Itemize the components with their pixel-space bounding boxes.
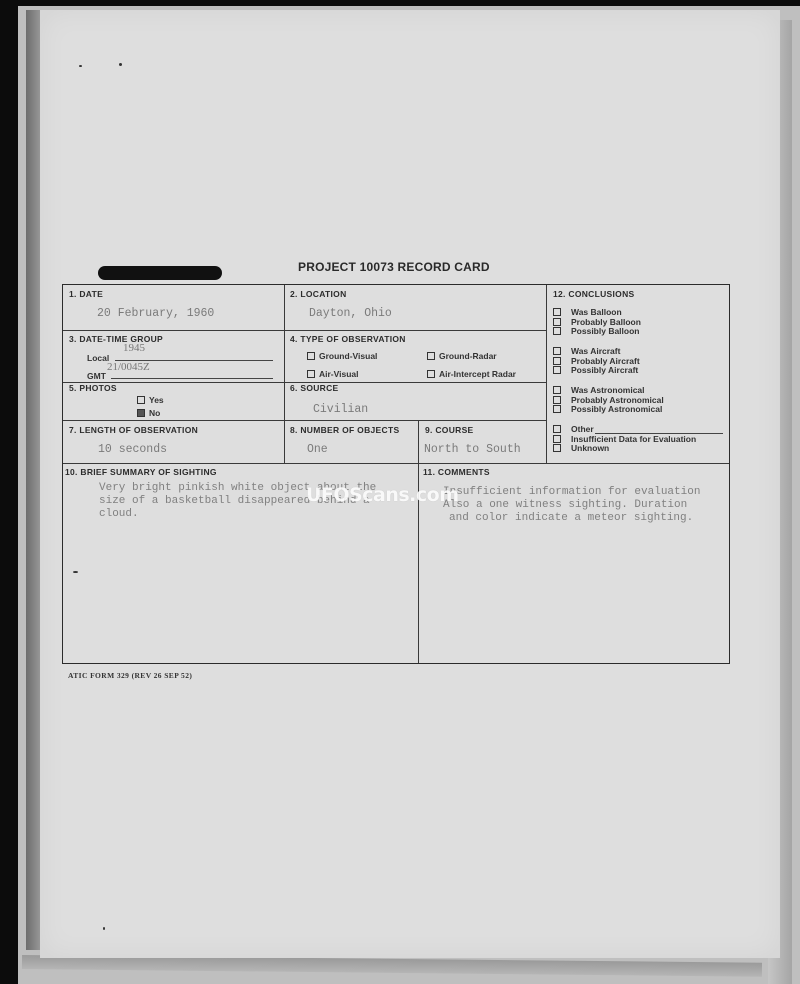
checkbox-icon	[553, 347, 561, 355]
conclusions-label: 12. CONCLUSIONS	[553, 289, 635, 299]
checkbox-checked-icon	[137, 409, 145, 417]
watermark: UFOScans.com	[306, 484, 459, 506]
type-of-observation-cell: 4. TYPE OF OBSERVATION Ground-Visual Gro…	[285, 331, 547, 383]
checkbox-icon	[553, 308, 561, 316]
checkbox-icon	[307, 370, 315, 378]
local-label: Local	[87, 353, 109, 363]
length-of-observation-cell: 7. LENGTH OF OBSERVATION 10 seconds	[63, 421, 285, 464]
photos-label: 5. PHOTOS	[69, 383, 117, 393]
date-value: 20 February, 1960	[97, 307, 214, 320]
checkbox-icon	[553, 396, 561, 404]
brief-summary-line: cloud.	[99, 508, 139, 521]
checkbox-icon	[137, 396, 145, 404]
option-ground-visual[interactable]: Ground-Visual	[307, 351, 377, 361]
number-of-objects-cell: 8. NUMBER OF OBJECTS One	[285, 421, 419, 464]
conclusion-possibly-astronomical[interactable]: Possibly Astronomical	[553, 404, 662, 414]
source-cell: 6. SOURCE Civilian	[285, 383, 547, 421]
checkbox-icon	[553, 444, 561, 452]
speck	[119, 63, 122, 66]
number-of-objects-label: 8. NUMBER OF OBJECTS	[290, 425, 399, 435]
option-ground-radar[interactable]: Ground-Radar	[427, 351, 497, 361]
local-value: 1945	[123, 342, 145, 354]
speck	[79, 65, 82, 67]
date-cell: 1. DATE 20 February, 1960	[63, 285, 285, 331]
course-value: North to South	[424, 443, 521, 456]
date-label: 1. DATE	[69, 289, 103, 299]
checkbox-icon	[553, 327, 561, 335]
comments-line: Insufficient information for evaluation	[443, 486, 700, 499]
gmt-underline	[111, 378, 273, 379]
conclusion-was-aircraft[interactable]: Was Aircraft	[553, 346, 620, 356]
record-card-form: 1. DATE 20 February, 1960 2. LOCATION Da…	[62, 284, 730, 664]
course-label: 9. COURSE	[425, 425, 474, 435]
checkbox-icon	[553, 318, 561, 326]
checkbox-checked-icon	[307, 352, 315, 360]
photos-cell: 5. PHOTOS Yes No	[63, 383, 285, 421]
length-of-observation-value: 10 seconds	[98, 443, 167, 456]
location-value: Dayton, Ohio	[309, 307, 392, 320]
checkbox-icon	[553, 405, 561, 413]
source-label: 6. SOURCE	[290, 383, 339, 393]
checkbox-icon	[553, 366, 561, 374]
type-of-observation-label: 4. TYPE OF OBSERVATION	[290, 334, 406, 344]
course-cell: 9. COURSE North to South	[419, 421, 547, 464]
comments-line: and color indicate a meteor sighting.	[449, 512, 693, 525]
comments-cell: 11. COMMENTS Insufficient information fo…	[419, 464, 729, 663]
conclusion-other[interactable]: Other	[553, 424, 594, 434]
conclusion-unknown[interactable]: Unknown	[553, 443, 609, 453]
conclusion-was-astronomical[interactable]: Was Astronomical	[553, 385, 645, 395]
location-label: 2. LOCATION	[290, 289, 347, 299]
redaction-mark	[98, 266, 222, 280]
speck	[103, 927, 105, 930]
conclusions-cell: 12. CONCLUSIONS Was Balloon Probably Bal…	[547, 285, 729, 464]
checkbox-icon	[553, 425, 561, 433]
comments-line: Also a one witness sighting. Duration	[443, 499, 687, 512]
option-air-intercept-radar[interactable]: Air-Intercept Radar	[427, 369, 516, 379]
option-photos-no[interactable]: No	[137, 408, 160, 418]
gmt-value: 21/0045Z	[107, 361, 150, 373]
checkbox-icon	[427, 370, 435, 378]
length-of-observation-label: 7. LENGTH OF OBSERVATION	[69, 425, 198, 435]
location-cell: 2. LOCATION Dayton, Ohio	[285, 285, 547, 331]
form-footer: ATIC FORM 329 (REV 26 SEP 52)	[68, 671, 192, 680]
date-time-group-cell: 3. DATE-TIME GROUP Local 1945 GMT 21/004…	[63, 331, 285, 383]
date-time-group-label: 3. DATE-TIME GROUP	[69, 334, 163, 344]
option-air-visual[interactable]: Air-Visual	[307, 369, 359, 379]
conclusion-was-balloon[interactable]: Was Balloon	[553, 307, 622, 317]
checkbox-icon	[427, 352, 435, 360]
checkbox-icon	[553, 386, 561, 394]
document-title: PROJECT 10073 RECORD CARD	[298, 260, 490, 274]
brief-summary-label: 10. BRIEF SUMMARY OF SIGHTING	[65, 467, 217, 477]
checkbox-icon	[553, 357, 561, 365]
comments-label: 11. COMMENTS	[423, 467, 490, 477]
conclusion-possibly-balloon[interactable]: Possibly Balloon	[553, 326, 640, 336]
number-of-objects-value: One	[307, 443, 328, 456]
gmt-label: GMT	[87, 371, 106, 381]
checkbox-checked-icon	[553, 435, 561, 443]
conclusion-possibly-aircraft[interactable]: Possibly Aircraft	[553, 365, 638, 375]
source-value: Civilian	[313, 403, 368, 416]
option-photos-yes[interactable]: Yes	[137, 395, 164, 405]
